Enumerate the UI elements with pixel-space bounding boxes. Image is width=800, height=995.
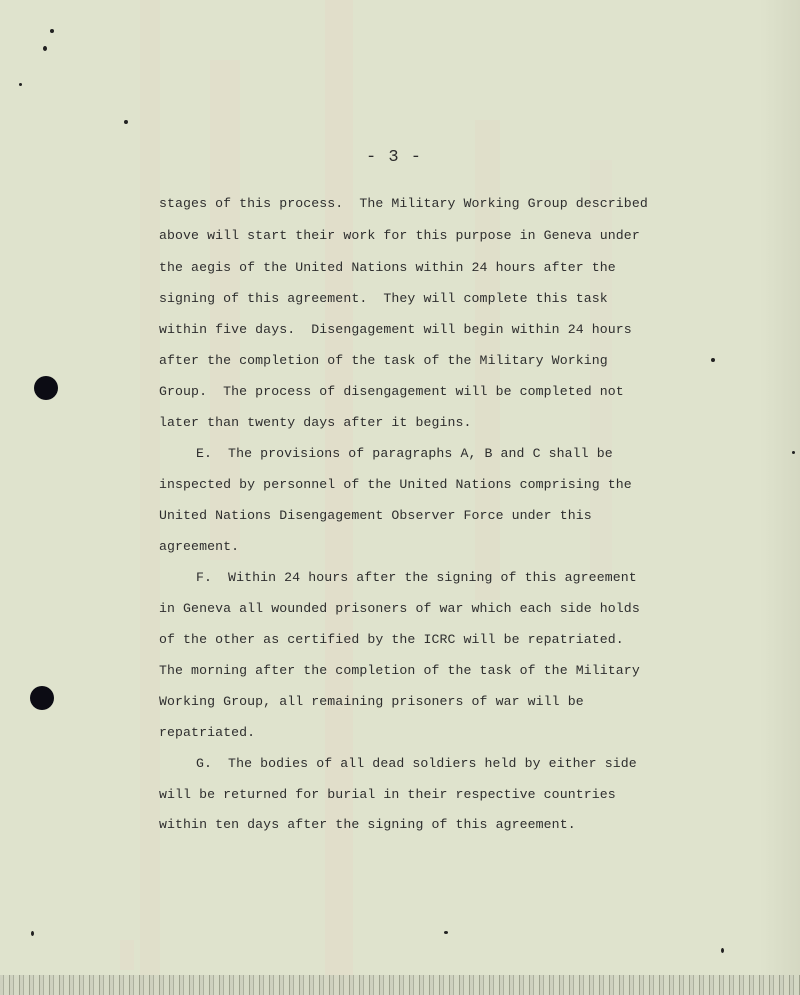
text-line: later than twenty days after it begins.	[159, 415, 472, 430]
speck	[43, 46, 47, 51]
speck	[50, 29, 54, 33]
text-line: of the other as certified by the ICRC wi…	[159, 632, 624, 647]
scan-stripe	[140, 0, 160, 995]
punch-hole	[34, 376, 58, 400]
scan-stripe	[120, 940, 134, 970]
speck	[31, 931, 34, 936]
text-line: agreement.	[159, 539, 239, 554]
text-line: The morning after the completion of the …	[159, 663, 640, 678]
text-line: within five days. Disengagement will beg…	[159, 322, 632, 337]
page-number: - 3 -	[366, 148, 422, 167]
text-line: G. The bodies of all dead soldiers held …	[196, 756, 637, 771]
text-line: F. Within 24 hours after the signing of …	[196, 570, 637, 585]
speck	[19, 83, 22, 86]
punch-hole	[30, 686, 54, 710]
scan-bottom-edge	[0, 975, 800, 995]
text-line: in Geneva all wounded prisoners of war w…	[159, 601, 640, 616]
text-line: E. The provisions of paragraphs A, B and…	[196, 446, 613, 461]
text-line: within ten days after the signing of thi…	[159, 817, 576, 832]
text-line: will be returned for burial in their res…	[159, 787, 616, 802]
text-line: the aegis of the United Nations within 2…	[159, 260, 616, 275]
text-line: United Nations Disengagement Observer Fo…	[159, 508, 592, 523]
speck	[124, 120, 128, 124]
text-line: after the completion of the task of the …	[159, 353, 608, 368]
text-line: signing of this agreement. They will com…	[159, 291, 608, 306]
text-line: stages of this process. The Military Wor…	[159, 196, 648, 211]
text-line: Working Group, all remaining prisoners o…	[159, 694, 584, 709]
document-page: - 3 - stages of this process. The Milita…	[0, 0, 800, 995]
scan-stripe	[325, 0, 353, 995]
text-line: Group. The process of disengagement will…	[159, 384, 624, 399]
speck	[721, 948, 724, 953]
speck	[444, 931, 448, 934]
text-line: above will start their work for this pur…	[159, 228, 640, 243]
speck	[711, 358, 715, 362]
text-line: inspected by personnel of the United Nat…	[159, 477, 632, 492]
text-line: repatriated.	[159, 725, 255, 740]
speck	[792, 451, 795, 454]
scan-stripe	[590, 160, 612, 580]
